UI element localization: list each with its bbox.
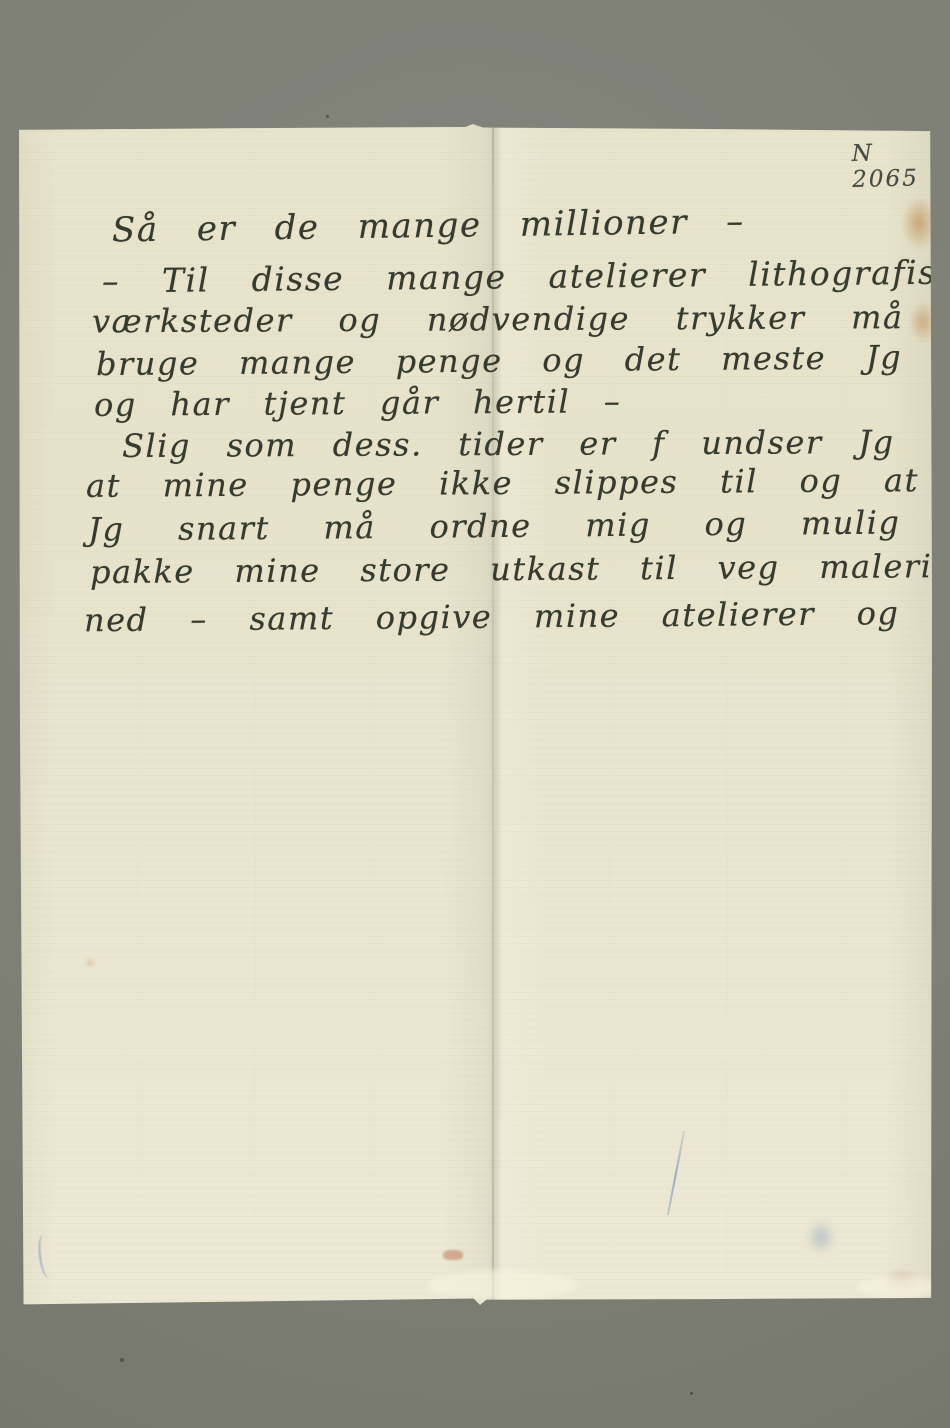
handwriting-line-4: bruge mange penge og det meste Jg tjener [96, 337, 950, 383]
small-stain-left-edge [85, 958, 95, 968]
blue-pencil-arc-left [36, 1233, 55, 1278]
handwriting-line-6: Slig som dess. tider er f undser Jg [122, 423, 895, 465]
blue-pencil-stroke [667, 1131, 685, 1216]
handwriting-line-9: pakke mine store utkast til veg malerier [90, 547, 950, 591]
photograph-of-manuscript: N 2065 Så er de mange millioner – – Til … [0, 0, 950, 1428]
background-speck [690, 1392, 693, 1395]
handwriting-line-2: – Til disse mange atelierer lithografisk [102, 253, 950, 301]
brown-stain-right-lower [903, 292, 943, 352]
background-speck [120, 1358, 124, 1362]
manuscript-paper-sheet: N 2065 Så er de mange millioner – – Til … [19, 124, 932, 1305]
handwriting-line-3: værksteder og nødvendige trykker må Jg [92, 298, 950, 341]
handwriting-line-1: Så er de mange millioner – [112, 202, 745, 251]
brown-stain-right-upper [895, 186, 943, 260]
blue-pencil-smudge [801, 1214, 841, 1260]
handwriting-line-10: ned – samt opgive mine atelierer og plan… [84, 593, 950, 639]
small-red-mark-bottom-center [443, 1250, 463, 1260]
handwriting-line-5: og har tjent går hertil – [94, 382, 622, 424]
catalog-number: N 2065 [851, 139, 932, 193]
worn-patch-bottom-center [427, 1270, 577, 1300]
worn-patch-bottom-right [857, 1276, 937, 1298]
handwriting-line-7: at mine penge ikke slippes til og at [86, 461, 919, 505]
background-speck [326, 115, 329, 118]
handwriting-line-8: Jg snart må ordne mig og mulig [88, 503, 901, 548]
